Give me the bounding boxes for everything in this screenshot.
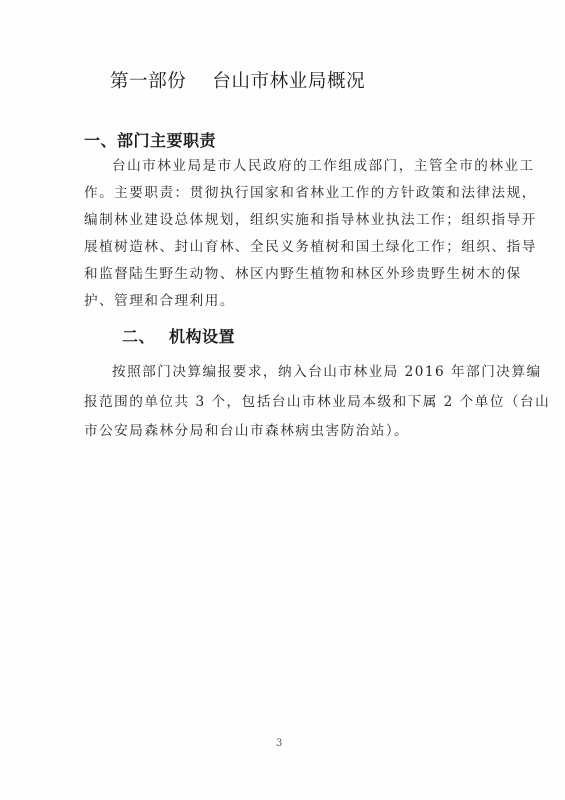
page-number: 3 — [276, 738, 282, 750]
title-part: 第一部份 — [110, 71, 186, 92]
page-title: 第一部份台山市林业局概况 — [110, 71, 365, 93]
heading-text: 机构设置 — [169, 327, 235, 346]
paragraph-organization: 按照部门决算编报要求，纳入台山市林业局 2016 年部门决算编 报范围的单位共 … — [84, 358, 484, 447]
section-heading-organization: 二、机构设置 — [122, 327, 235, 347]
paragraph-line: 编制林业建设总体规划，组织实施和指导林业执法工作；组织指导开 — [84, 207, 484, 234]
section-heading-responsibilities: 一、部门主要职责 — [84, 131, 216, 151]
paragraph-line: 报范围的单位共 3 个，包括台山市林业局本级和下属 2 个单位（台山 — [84, 388, 484, 418]
paragraph-line: 台山市林业局是市人民政府的工作组成部门，主管全市的林业工 — [84, 153, 484, 180]
paragraph-line: 展植树造林、封山育林、全民义务植树和国土绿化工作；组织、指导 — [84, 234, 484, 261]
paragraph-line: 按照部门决算编报要求，纳入台山市林业局 2016 年部门决算编 — [84, 358, 484, 388]
paragraph-line: 护、管理和合理利用。 — [84, 288, 484, 315]
paragraph-line: 市公安局森林分局和台山市森林病虫害防治站）。 — [84, 417, 484, 447]
paragraph-line: 和监督陆生野生动物、林区内野生植物和林区外珍贵野生树木的保 — [84, 261, 484, 288]
title-name: 台山市林业局概况 — [212, 71, 365, 92]
paragraph-line: 作。主要职责：贯彻执行国家和省林业工作的方针政策和法律法规， — [84, 180, 484, 207]
heading-number: 二、 — [122, 327, 155, 346]
paragraph-responsibilities: 台山市林业局是市人民政府的工作组成部门，主管全市的林业工 作。主要职责：贯彻执行… — [84, 153, 484, 315]
document-page: 第一部份台山市林业局概况 一、部门主要职责 台山市林业局是市人民政府的工作组成部… — [0, 0, 565, 800]
